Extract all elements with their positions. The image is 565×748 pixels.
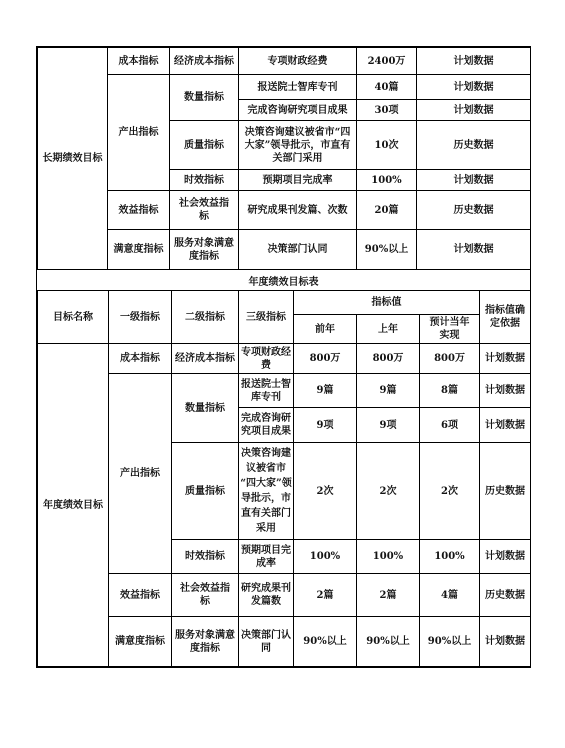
cell-indicator-name: 研究成果刊发篇、次数 <box>239 191 357 230</box>
cell-value-year-before-last: 800万 <box>294 344 357 374</box>
cell-indicator-name: 预期项目完成率 <box>239 540 294 574</box>
cell-indicator-name: 完成咨询研究项目成果 <box>239 408 294 443</box>
table-row: 效益指标 社会效益指标 研究成果刊发篇、次数 20篇 历史数据 <box>38 191 531 230</box>
cell-data-source: 计划数据 <box>480 540 531 574</box>
cell-data-source: 计划数据 <box>480 408 531 443</box>
cell-indicator-value: 2400万 <box>357 48 417 75</box>
cell-level2: 时效指标 <box>172 540 239 574</box>
table-row: 年度绩效目标 成本指标 经济成本指标 专项财政经费 800万 800万 800万… <box>38 344 531 374</box>
header-value-group: 指标值 <box>294 291 480 315</box>
cell-value-last-year: 800万 <box>357 344 420 374</box>
cell-value-year-before-last: 90%以上 <box>294 617 357 667</box>
cell-data-source: 历史数据 <box>480 443 531 540</box>
cell-value-last-year: 100% <box>357 540 420 574</box>
cell-indicator-value: 40篇 <box>357 75 417 100</box>
cell-value-current-estimate: 800万 <box>420 344 480 374</box>
header-level1: 一级指标 <box>109 291 172 344</box>
header-level2: 二级指标 <box>172 291 239 344</box>
cell-indicator-name: 决策咨询建议被省市“四大家”领导批示，市直有关部门采用 <box>239 443 294 540</box>
cell-data-source: 计划数据 <box>480 344 531 374</box>
cell-indicator-name: 研究成果刊发篇数 <box>239 574 294 617</box>
cell-indicator-name: 决策部门认同 <box>239 230 357 270</box>
header-last-year: 上年 <box>357 315 420 344</box>
cell-indicator-name: 决策部门认同 <box>239 617 294 667</box>
cell-value-year-before-last: 100% <box>294 540 357 574</box>
annual-goals-table: 目标名称 一级指标 二级指标 三级指标 指标值 指标值确定依据 前年 上年 预计… <box>37 290 531 667</box>
long-term-goals-table: 长期绩效目标 成本指标 经济成本指标 专项财政经费 2400万 计划数据 产出指… <box>37 47 531 270</box>
cell-indicator-name: 专项财政经费 <box>239 48 357 75</box>
cell-value-current-estimate: 8篇 <box>420 374 480 408</box>
cell-level2: 经济成本指标 <box>172 344 239 374</box>
cell-indicator-name: 预期项目完成率 <box>239 170 357 191</box>
cell-level1: 效益指标 <box>108 191 170 230</box>
annual-row-label: 年度绩效目标 <box>38 344 109 667</box>
cell-data-source: 历史数据 <box>417 121 531 170</box>
cell-value-year-before-last: 2篇 <box>294 574 357 617</box>
cell-level1: 成本指标 <box>108 48 170 75</box>
cell-indicator-value: 30项 <box>357 100 417 121</box>
cell-indicator-name: 报送院士智库专刊 <box>239 75 357 100</box>
table-row: 满意度指标 服务对象满意度指标 决策部门认同 90%以上 计划数据 <box>38 230 531 270</box>
cell-value-current-estimate: 90%以上 <box>420 617 480 667</box>
cell-level1: 效益指标 <box>109 574 172 617</box>
cell-value-last-year: 2次 <box>357 443 420 540</box>
cell-data-source: 计划数据 <box>480 374 531 408</box>
annual-table-title: 年度绩效目标表 <box>37 270 530 290</box>
header-value-basis: 指标值确定依据 <box>480 291 531 344</box>
cell-indicator-name: 专项财政经费 <box>239 344 294 374</box>
cell-value-current-estimate: 2次 <box>420 443 480 540</box>
cell-data-source: 计划数据 <box>417 230 531 270</box>
document-page: { "doc": { "long_term": { "label": "长期绩效… <box>0 0 565 748</box>
long-term-row-label: 长期绩效目标 <box>38 48 108 270</box>
cell-level2: 社会效益指标 <box>170 191 239 230</box>
cell-level1: 成本指标 <box>109 344 172 374</box>
header-level3: 三级指标 <box>239 291 294 344</box>
cell-level2: 服务对象满意度指标 <box>172 617 239 667</box>
cell-level2: 服务对象满意度指标 <box>170 230 239 270</box>
header-year-before-last: 前年 <box>294 315 357 344</box>
cell-data-source: 计划数据 <box>417 48 531 75</box>
header-goal-name: 目标名称 <box>38 291 109 344</box>
cell-indicator-value: 90%以上 <box>357 230 417 270</box>
table-row: 长期绩效目标 成本指标 经济成本指标 专项财政经费 2400万 计划数据 <box>38 48 531 75</box>
performance-goal-tables: 长期绩效目标 成本指标 经济成本指标 专项财政经费 2400万 计划数据 产出指… <box>36 46 531 668</box>
table-row: 满意度指标 服务对象满意度指标 决策部门认同 90%以上 90%以上 90%以上… <box>38 617 531 667</box>
cell-indicator-value: 20篇 <box>357 191 417 230</box>
cell-value-last-year: 2篇 <box>357 574 420 617</box>
cell-value-last-year: 9项 <box>357 408 420 443</box>
cell-data-source: 计划数据 <box>417 100 531 121</box>
cell-data-source: 计划数据 <box>417 170 531 191</box>
cell-data-source: 历史数据 <box>480 574 531 617</box>
cell-indicator-value: 10次 <box>357 121 417 170</box>
cell-indicator-name: 报送院士智库专刊 <box>239 374 294 408</box>
cell-level2: 数量指标 <box>172 374 239 443</box>
cell-value-current-estimate: 6项 <box>420 408 480 443</box>
cell-level2: 数量指标 <box>170 75 239 121</box>
table-row: 产出指标 数量指标 报送院士智库专刊 40篇 计划数据 <box>38 75 531 100</box>
cell-level1: 满意度指标 <box>108 230 170 270</box>
cell-value-year-before-last: 2次 <box>294 443 357 540</box>
cell-level1: 产出指标 <box>108 75 170 191</box>
cell-value-last-year: 9篇 <box>357 374 420 408</box>
cell-value-year-before-last: 9项 <box>294 408 357 443</box>
cell-level2: 社会效益指标 <box>172 574 239 617</box>
cell-value-year-before-last: 9篇 <box>294 374 357 408</box>
table-header-row: 目标名称 一级指标 二级指标 三级指标 指标值 指标值确定依据 <box>38 291 531 315</box>
cell-value-last-year: 90%以上 <box>357 617 420 667</box>
cell-level1: 产出指标 <box>109 374 172 574</box>
cell-level1: 满意度指标 <box>109 617 172 667</box>
cell-value-current-estimate: 100% <box>420 540 480 574</box>
cell-level2: 时效指标 <box>170 170 239 191</box>
table-row: 产出指标 数量指标 报送院士智库专刊 9篇 9篇 8篇 计划数据 <box>38 374 531 408</box>
cell-value-current-estimate: 4篇 <box>420 574 480 617</box>
cell-level2: 质量指标 <box>170 121 239 170</box>
cell-level2: 质量指标 <box>172 443 239 540</box>
cell-indicator-name: 完成咨询研究项目成果 <box>239 100 357 121</box>
cell-data-source: 计划数据 <box>480 617 531 667</box>
cell-indicator-name: 决策咨询建议被省市“四大家”领导批示，市直有关部门采用 <box>239 121 357 170</box>
header-current-year-estimate: 预计当年实现 <box>420 315 480 344</box>
cell-indicator-value: 100% <box>357 170 417 191</box>
table-row: 效益指标 社会效益指标 研究成果刊发篇数 2篇 2篇 4篇 历史数据 <box>38 574 531 617</box>
cell-level2: 经济成本指标 <box>170 48 239 75</box>
cell-data-source: 历史数据 <box>417 191 531 230</box>
cell-data-source: 计划数据 <box>417 75 531 100</box>
